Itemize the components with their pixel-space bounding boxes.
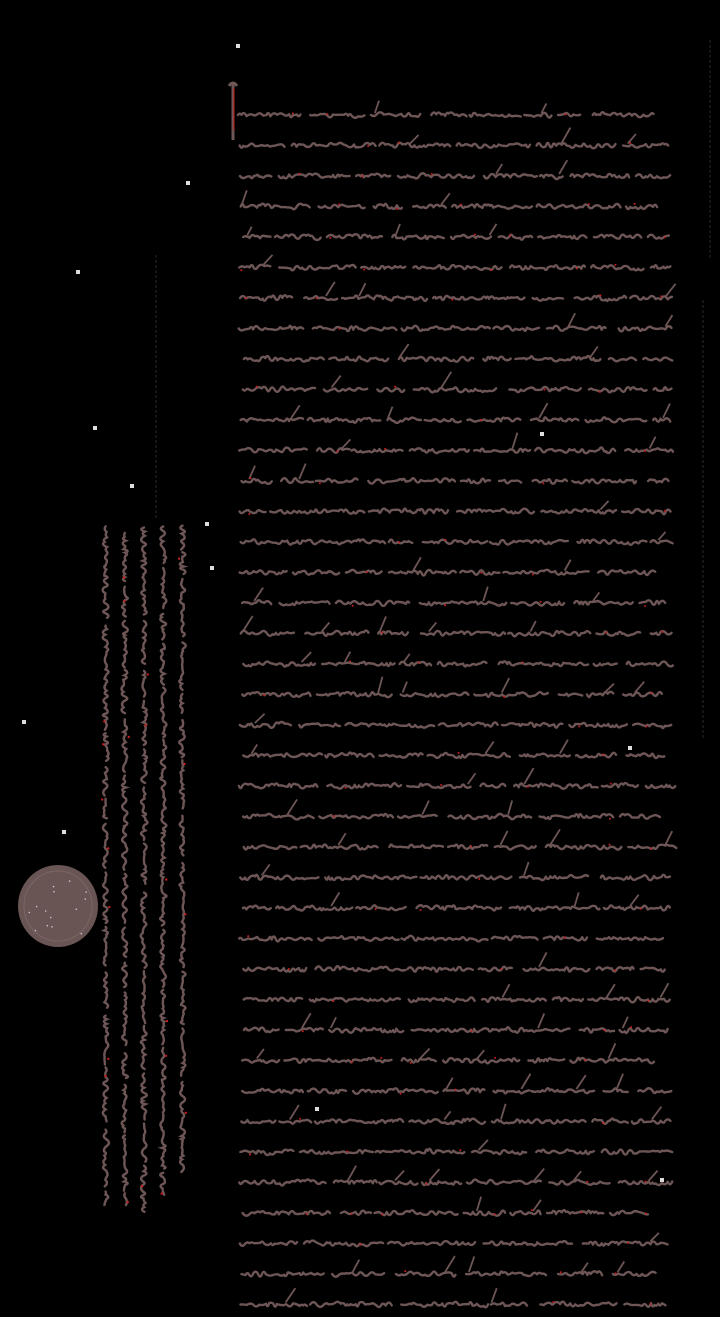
manuscript-scan — [0, 0, 720, 1317]
scan-specks — [22, 44, 664, 1182]
initial-letter — [229, 82, 237, 140]
margin-annotation-column — [101, 526, 187, 1212]
wax-seal-icon — [18, 865, 98, 947]
main-text-block — [238, 101, 676, 1308]
